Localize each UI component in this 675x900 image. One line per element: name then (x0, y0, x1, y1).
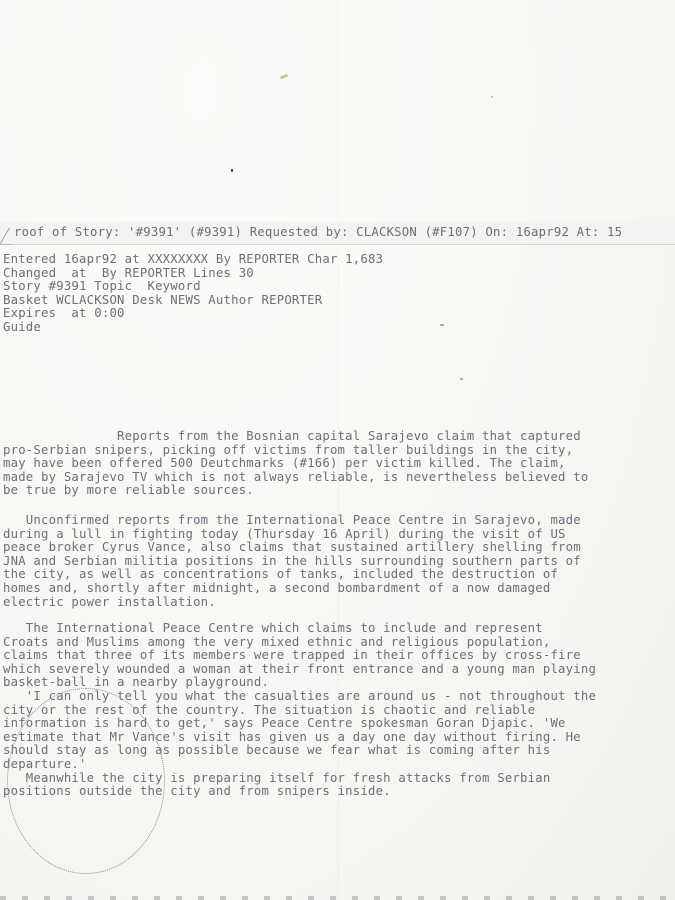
metadata-story: Story #9391 Topic Keyword (3, 280, 383, 294)
story-line: peace broker Cyrus Vance, also claims th… (3, 541, 673, 555)
story-line: basket-ball in a nearby playground. (3, 676, 673, 690)
paper-speck (231, 169, 233, 172)
metadata-guide: Guide (3, 321, 383, 335)
paper-speck (491, 96, 493, 98)
story-line: electric power installation. (3, 596, 673, 610)
story-line: claims that three of its members were tr… (3, 649, 673, 663)
story-paragraph-2: Unconfirmed reports from the Internation… (3, 514, 673, 609)
story-line: JNA and Serbian militia positions in the… (3, 555, 673, 569)
story-line: Croats and Muslims among the very mixed … (3, 636, 673, 650)
story-line: Reports from the Bosnian capital Sarajev… (3, 430, 673, 444)
story-line: which severely wounded a woman at their … (3, 663, 673, 677)
bottom-edge-marks (0, 896, 675, 900)
story-line: The International Peace Centre which cla… (3, 622, 673, 636)
metadata-basket: Basket WCLACKSON Desk NEWS Author REPORT… (3, 294, 383, 308)
story-line: homes and, shortly after midnight, a sec… (3, 582, 673, 596)
story-line: during a lull in fighting today (Thursda… (3, 528, 673, 542)
story-line: be true by more reliable sources. (3, 484, 673, 498)
metadata-entered: Entered 16apr92 at XXXXXXXX By REPORTER … (3, 253, 383, 267)
paper-speck (460, 378, 463, 380)
paper-speck (440, 324, 444, 326)
proof-header-line: roof of Story: '#9391' (#9391) Requested… (14, 226, 622, 240)
metadata-expires: Expires at 0:00 (3, 307, 383, 321)
story-line: may have been offered 500 Deutchmarks (#… (3, 457, 673, 471)
story-line: the city, as well as concentrations of t… (3, 568, 673, 582)
story-line: pro-Serbian snipers, picking off victims… (3, 444, 673, 458)
story-metadata: Entered 16apr92 at XXXXXXXX By REPORTER … (3, 253, 383, 335)
story-line: made by Sarajevo TV which is not always … (3, 471, 673, 485)
metadata-changed: Changed at By REPORTER Lines 30 (3, 267, 383, 281)
story-line: Unconfirmed reports from the Internation… (3, 514, 673, 528)
story-paragraph-1: Reports from the Bosnian capital Sarajev… (3, 430, 673, 498)
dotted-circle-mark (7, 688, 165, 874)
